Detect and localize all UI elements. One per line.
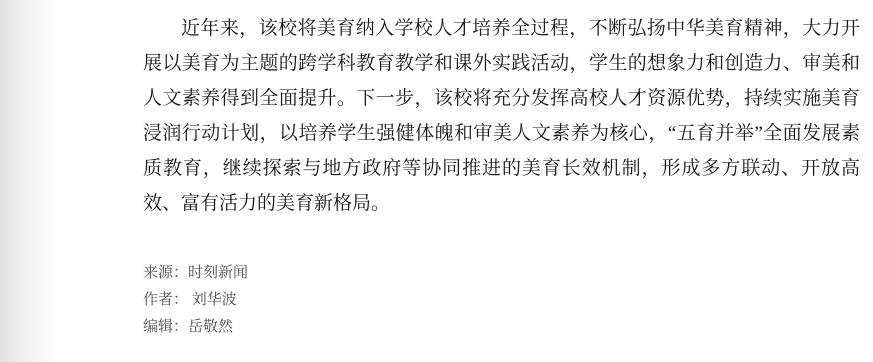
article-content: 近年来，该校将美育纳入学校人才培养全过程，不断弘扬中华美育精神，大力开展以美育为… <box>143 11 860 341</box>
page-left-edge-shadow <box>0 0 58 362</box>
article-page: 近年来，该校将美育纳入学校人才培养全过程，不断弘扬中华美育精神，大力开展以美育为… <box>0 0 873 362</box>
article-viewport: { "page": { "background": "#ffffff", "ed… <box>0 0 873 362</box>
meta-editor-line: 编辑：岳敬然 <box>143 314 860 341</box>
article-paragraph: 近年来，该校将美育纳入学校人才培养全过程，不断弘扬中华美育精神，大力开展以美育为… <box>143 11 860 221</box>
article-meta-block: 来源：时刻新闻 作者： 刘华波 编辑：岳敬然 <box>143 260 860 341</box>
meta-source-line: 来源：时刻新闻 <box>143 260 860 287</box>
meta-author-line: 作者： 刘华波 <box>143 287 860 314</box>
